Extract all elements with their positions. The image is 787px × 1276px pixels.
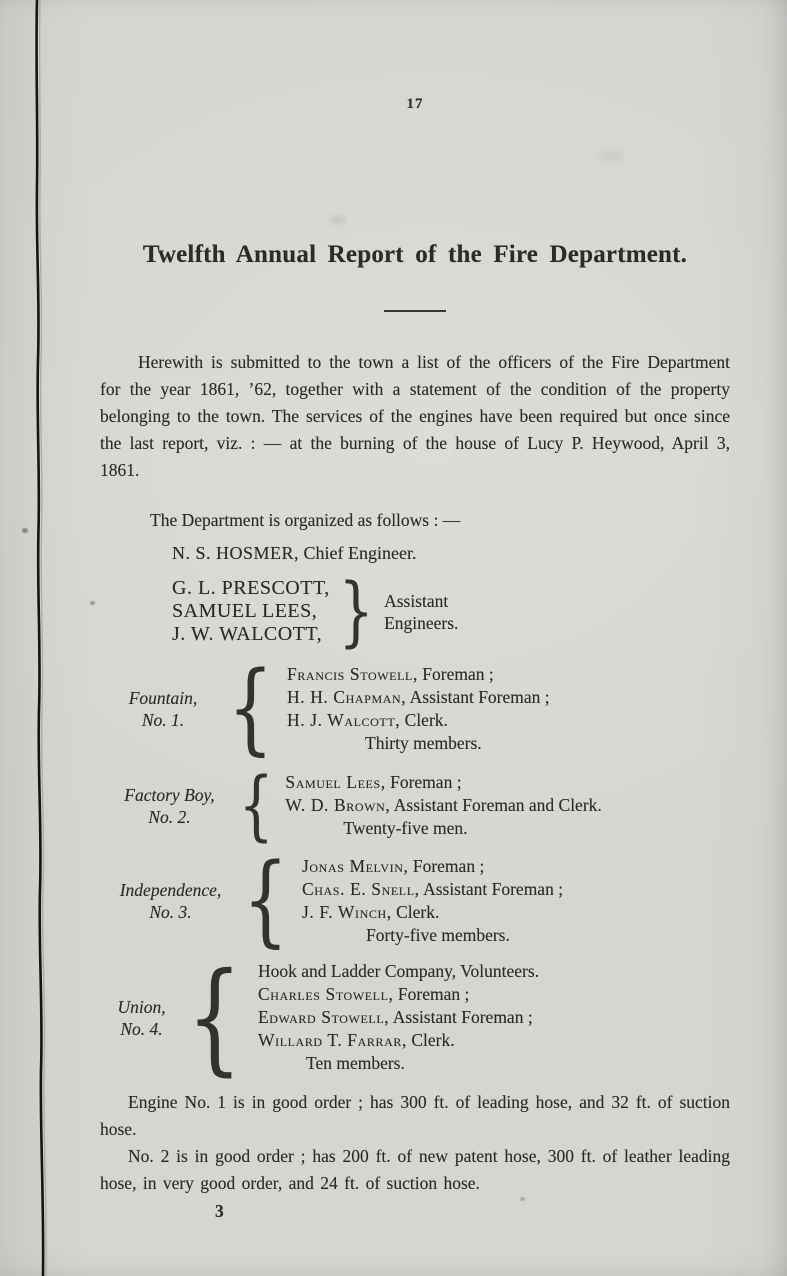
assistant-engineers-group: G. L. PRESCOTT, SAMUEL LEES, J. W. WALCO… <box>172 577 730 646</box>
assistant-label-line: Engineers. <box>384 612 458 634</box>
chief-role: Chief Engineer. <box>304 543 417 563</box>
company-name: Independence, <box>110 879 231 901</box>
roster-line: Edward Stowell, Assistant Foreman ; <box>258 1006 539 1029</box>
engine1-paragraph: Engine No. 1 is in good order ; has 300 … <box>100 1089 730 1143</box>
member-name: Charles Stowell, <box>258 984 394 1004</box>
company-number: No. 4. <box>110 1018 173 1040</box>
left-brace-glyph: { <box>187 968 242 1067</box>
printer-signature-mark: 3 <box>215 1201 730 1222</box>
member-name: Jonas Melvin, <box>302 856 408 876</box>
member-name: Chas. E. Snell, <box>302 879 420 899</box>
roster-line: Charles Stowell, Foreman ; <box>258 983 539 1006</box>
member-name: H. H. Chapman, <box>287 687 406 707</box>
member-name: J. F. Winch, <box>302 902 392 922</box>
company-label: Union, No. 4. <box>110 996 173 1040</box>
member-role: Foreman ; <box>422 664 493 684</box>
member-count: Forty-five members. <box>302 924 563 947</box>
roster-line: Hook and Ladder Company, Volunteers. <box>258 960 539 983</box>
chief-engineer-line: N. S. HOSMER, Chief Engineer. <box>172 542 730 564</box>
member-role: Assistant Foreman and Clerk. <box>394 795 602 815</box>
member-name: W. D. Brown, <box>285 795 390 815</box>
assistant-label-line: Assistant <box>384 590 458 612</box>
assistant-engineer-names: G. L. PRESCOTT, SAMUEL LEES, J. W. WALCO… <box>172 577 330 646</box>
member-role: Clerk. <box>411 1030 454 1050</box>
company-roster: Francis Stowell, Foreman ; H. H. Chapman… <box>287 663 550 755</box>
member-role: Assistant Foreman ; <box>423 879 563 899</box>
left-brace-glyph: { <box>228 668 273 749</box>
right-brace-glyph: } <box>338 580 373 642</box>
company-union-no4: Union, No. 4. { Hook and Ladder Company,… <box>110 960 730 1075</box>
assistant-engineers-label: Assistant Engineers. <box>384 590 458 634</box>
assistant-engineer-name: SAMUEL LEES, <box>172 600 330 623</box>
company-roster: Samuel Lees, Foreman ; W. D. Brown, Assi… <box>285 771 601 840</box>
member-name: H. J. Walcott, <box>287 710 400 730</box>
member-role: Assistant Foreman ; <box>410 687 550 707</box>
company-number: No. 3. <box>110 901 231 923</box>
member-name: Edward Stowell, <box>258 1007 389 1027</box>
company-roster: Hook and Ladder Company, Volunteers. Cha… <box>258 960 539 1075</box>
company-independence-no3: Independence, No. 3. { Jonas Melvin, For… <box>110 855 730 947</box>
company-name: Union, <box>110 996 173 1018</box>
title-divider-rule <box>384 310 446 312</box>
company-label: Factory Boy, No. 2. <box>110 784 229 828</box>
page-number: 17 <box>100 96 730 113</box>
member-count: Twenty-five men. <box>285 817 601 840</box>
left-brace-glyph: { <box>243 860 288 941</box>
assistant-engineer-name: G. L. PRESCOTT, <box>172 577 330 600</box>
company-label: Fountain, No. 1. <box>110 687 216 731</box>
company-number: No. 1. <box>110 709 216 731</box>
roster-line: Samuel Lees, Foreman ; <box>285 771 601 794</box>
roster-line: H. J. Walcott, Clerk. <box>287 709 550 732</box>
member-role: Clerk. <box>396 902 439 922</box>
roster-line: H. H. Chapman, Assistant Foreman ; <box>287 686 550 709</box>
member-role: Foreman ; <box>413 856 484 876</box>
company-factory-boy-no2: Factory Boy, No. 2. { Samuel Lees, Forem… <box>110 771 730 840</box>
member-role: Assistant Foreman ; <box>393 1007 533 1027</box>
company-fountain-no1: Fountain, No. 1. { Francis Stowell, Fore… <box>110 663 730 755</box>
member-role: Clerk. <box>405 710 448 730</box>
member-name: Samuel Lees, <box>285 772 385 792</box>
document-title: Twelfth Annual Report of the Fire Depart… <box>100 241 730 269</box>
member-count: Ten members. <box>258 1052 539 1075</box>
chief-name: N. S. HOSMER, <box>172 543 299 563</box>
company-roster: Jonas Melvin, Foreman ; Chas. E. Snell, … <box>302 855 563 947</box>
member-name: Willard T. Farrar, <box>258 1030 407 1050</box>
roster-line: Willard T. Farrar, Clerk. <box>258 1029 539 1052</box>
scanned-book-page: 17 Twelfth Annual Report of the Fire Dep… <box>0 0 787 1276</box>
company-name: Fountain, <box>110 687 216 709</box>
member-role: Foreman ; <box>390 772 461 792</box>
page-content: 17 Twelfth Annual Report of the Fire Dep… <box>0 0 787 1222</box>
roster-line: Jonas Melvin, Foreman ; <box>302 855 563 878</box>
member-role: Foreman ; <box>398 984 469 1004</box>
intro-paragraph: Herewith is submitted to the town a list… <box>100 349 730 484</box>
left-brace-glyph: { <box>239 774 274 836</box>
company-label: Independence, No. 3. <box>110 879 231 923</box>
member-name: Francis Stowell, <box>287 664 418 684</box>
engine2-paragraph: No. 2 is in good order ; has 200 ft. of … <box>100 1143 730 1197</box>
roster-line: J. F. Winch, Clerk. <box>302 901 563 924</box>
company-number: No. 2. <box>110 806 229 828</box>
roster-line: Francis Stowell, Foreman ; <box>287 663 550 686</box>
roster-line: W. D. Brown, Assistant Foreman and Clerk… <box>285 794 601 817</box>
roster-line: Chas. E. Snell, Assistant Foreman ; <box>302 878 563 901</box>
organized-line: The Department is organized as follows :… <box>150 509 730 531</box>
company-name: Factory Boy, <box>110 784 229 806</box>
assistant-engineer-name: J. W. WALCOTT, <box>172 623 330 646</box>
member-count: Thirty members. <box>287 732 550 755</box>
